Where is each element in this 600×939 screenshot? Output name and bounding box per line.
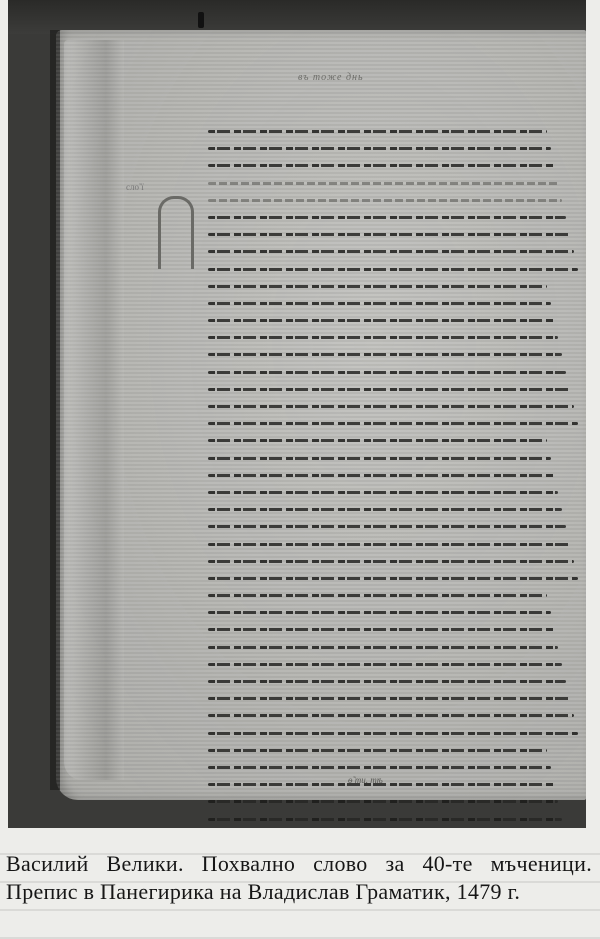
manuscript-line xyxy=(208,560,574,563)
manuscript-line xyxy=(208,422,578,425)
manuscript-line xyxy=(208,353,562,356)
manuscript-line xyxy=(208,577,578,580)
manuscript-line xyxy=(208,216,566,219)
manuscript-photo: въ тоже днь сло̃ ї ѳ̃ ти. тѣ xyxy=(8,0,586,828)
manuscript-line xyxy=(208,130,547,133)
manuscript-line xyxy=(208,732,578,735)
manuscript-line xyxy=(208,800,558,803)
manuscript-line xyxy=(208,439,547,442)
photo-top-shadow xyxy=(8,0,586,34)
manuscript-line xyxy=(208,508,562,511)
manuscript-text xyxy=(208,130,586,828)
manuscript-line xyxy=(208,371,566,374)
manuscript-line xyxy=(208,388,570,391)
manuscript-line xyxy=(208,543,570,546)
manuscript-line xyxy=(208,697,570,700)
manuscript-line xyxy=(208,285,547,288)
page-header: въ тоже днь xyxy=(298,72,364,83)
illuminated-initial xyxy=(158,196,194,269)
manuscript-line xyxy=(208,714,574,717)
manuscript-line xyxy=(208,749,547,752)
manuscript-line xyxy=(208,766,551,769)
figure-caption: Василий Велики. Похвално слово за 40-те … xyxy=(6,850,592,906)
manuscript-line xyxy=(208,319,555,322)
manuscript-line xyxy=(208,164,555,167)
bookmark-tab xyxy=(198,12,204,28)
manuscript-line xyxy=(208,250,574,253)
manuscript-line xyxy=(208,491,558,494)
manuscript-line xyxy=(208,233,570,236)
manuscript-line xyxy=(208,199,562,202)
manuscript-line xyxy=(208,680,566,683)
footer-mark: ѳ̃ ти. тѣ xyxy=(348,775,383,785)
manuscript-line xyxy=(208,405,574,408)
page-fold xyxy=(64,40,124,780)
manuscript-line xyxy=(208,147,551,150)
manuscript-line xyxy=(208,336,558,339)
manuscript-line xyxy=(208,182,558,185)
manuscript-line xyxy=(208,457,551,460)
manuscript-line xyxy=(208,525,566,528)
margin-note: сло̃ ї xyxy=(126,182,144,192)
manuscript-line xyxy=(208,663,562,666)
manuscript-line xyxy=(208,474,555,477)
manuscript-line xyxy=(208,302,551,305)
manuscript-line xyxy=(208,628,555,631)
manuscript-line xyxy=(208,646,558,649)
manuscript-line xyxy=(208,268,578,271)
manuscript-line xyxy=(208,594,547,597)
manuscript-line xyxy=(208,818,562,821)
manuscript-line xyxy=(208,611,551,614)
